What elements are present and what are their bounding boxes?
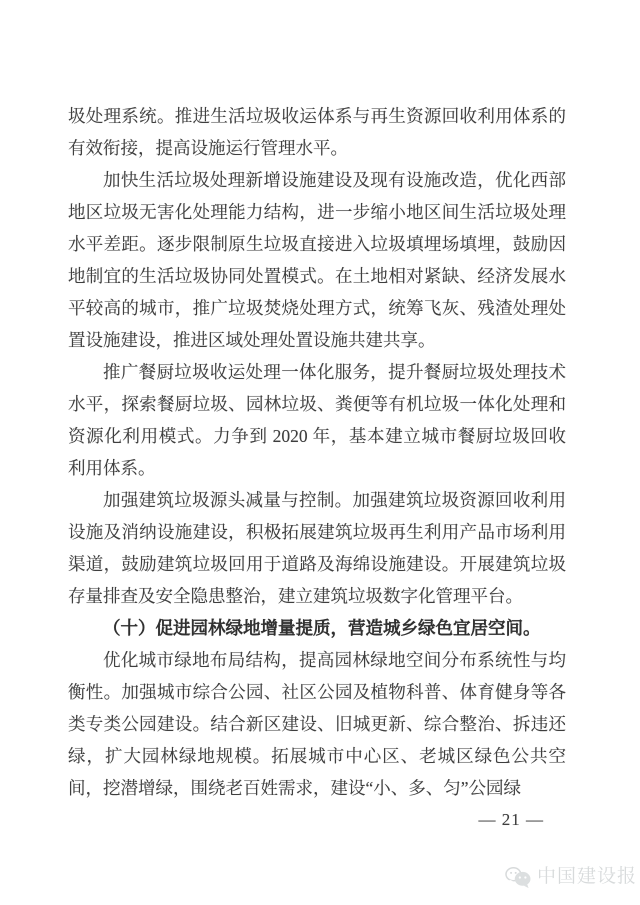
document-page: 圾处理系统。推进生活垃圾收运体系与再生资源回收利用体系的有效衔接，提高设施运行管…: [0, 0, 640, 905]
document-line: 衡性。加强城市综合公园、社区公园及植物科普、体育健身等各: [68, 676, 566, 708]
footer-watermark: 中国建设报: [504, 865, 637, 889]
document-line: 类专类公园建设。结合新区建设、旧城更新、综合整治、拆违还: [68, 708, 566, 740]
document-line: 水平，探索餐厨垃圾、园林垃圾、粪便等有机垃圾一体化处理和: [68, 388, 566, 420]
section-heading: （十）促进园林绿地增量提质，营造城乡绿色宜居空间。: [68, 612, 566, 644]
document-line: 优化城市绿地布局结构，提高园林绿地空间分布系统性与均: [68, 644, 566, 676]
document-line: 平较高的城市，推广垃圾焚烧处理方式，统筹飞灰、残渣处理处: [68, 292, 566, 324]
document-line: 设施及消纳设施建设，积极拓展建筑垃圾再生利用产品市场利用: [68, 516, 566, 548]
document-line: 渠道，鼓励建筑垃圾回用于道路及海绵设施建设。开展建筑垃圾: [68, 548, 566, 580]
wechat-icon: [504, 865, 532, 889]
document-line: 水平差距。逐步限制原生垃圾直接进入垃圾填埋场填埋，鼓励因: [68, 228, 566, 260]
document-line: 绿，扩大园林绿地规模。拓展城市中心区、老城区绿色公共空: [68, 740, 566, 772]
document-line: 利用体系。: [68, 452, 566, 484]
document-line: 地区垃圾无害化处理能力结构，进一步缩小地区间生活垃圾处理: [68, 196, 566, 228]
document-line: 推广餐厨垃圾收运处理一体化服务，提升餐厨垃圾处理技术: [68, 356, 566, 388]
document-line: 存量排查及安全隐患整治，建立建筑垃圾数字化管理平台。: [68, 580, 566, 612]
footer-brand-label: 中国建设报: [537, 865, 637, 889]
document-body: 圾处理系统。推进生活垃圾收运体系与再生资源回收利用体系的有效衔接，提高设施运行管…: [68, 100, 566, 804]
document-line: 间，挖潜增绿，围绕老百姓需求，建设“小、多、匀”公园绿: [68, 772, 566, 804]
document-line: 置设施建设，推进区域处理处置设施共建共享。: [68, 324, 566, 356]
page-number: — 21 —: [479, 804, 545, 836]
document-line: 地制宜的生活垃圾协同处置模式。在土地相对紧缺、经济发展水: [68, 260, 566, 292]
document-line: 圾处理系统。推进生活垃圾收运体系与再生资源回收利用体系的: [68, 100, 566, 132]
document-line: 有效衔接，提高设施运行管理水平。: [68, 132, 566, 164]
document-line: 加强建筑垃圾源头减量与控制。加强建筑垃圾资源回收利用: [68, 484, 566, 516]
document-line: 资源化利用模式。力争到 2020 年，基本建立城市餐厨垃圾回收: [68, 420, 566, 452]
document-line: 加快生活垃圾处理新增设施建设及现有设施改造，优化西部: [68, 164, 566, 196]
